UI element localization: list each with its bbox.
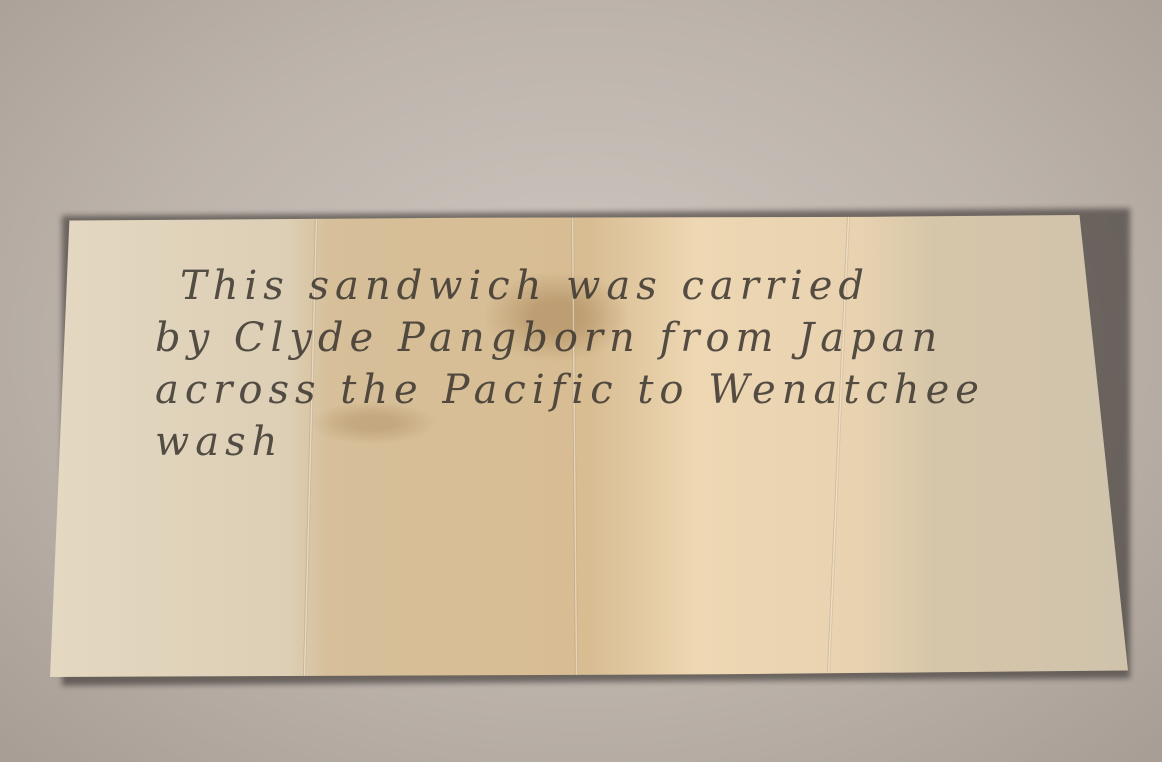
- note-line: across the Pacific to Wenatchee: [155, 367, 985, 413]
- note-line: by Clyde Pangborn from Japan: [155, 315, 943, 361]
- note-line: wash: [155, 419, 283, 465]
- note-line: This sandwich was carried: [180, 263, 870, 309]
- handwritten-note: This sandwich was carried by Clyde Pangb…: [50, 215, 1128, 677]
